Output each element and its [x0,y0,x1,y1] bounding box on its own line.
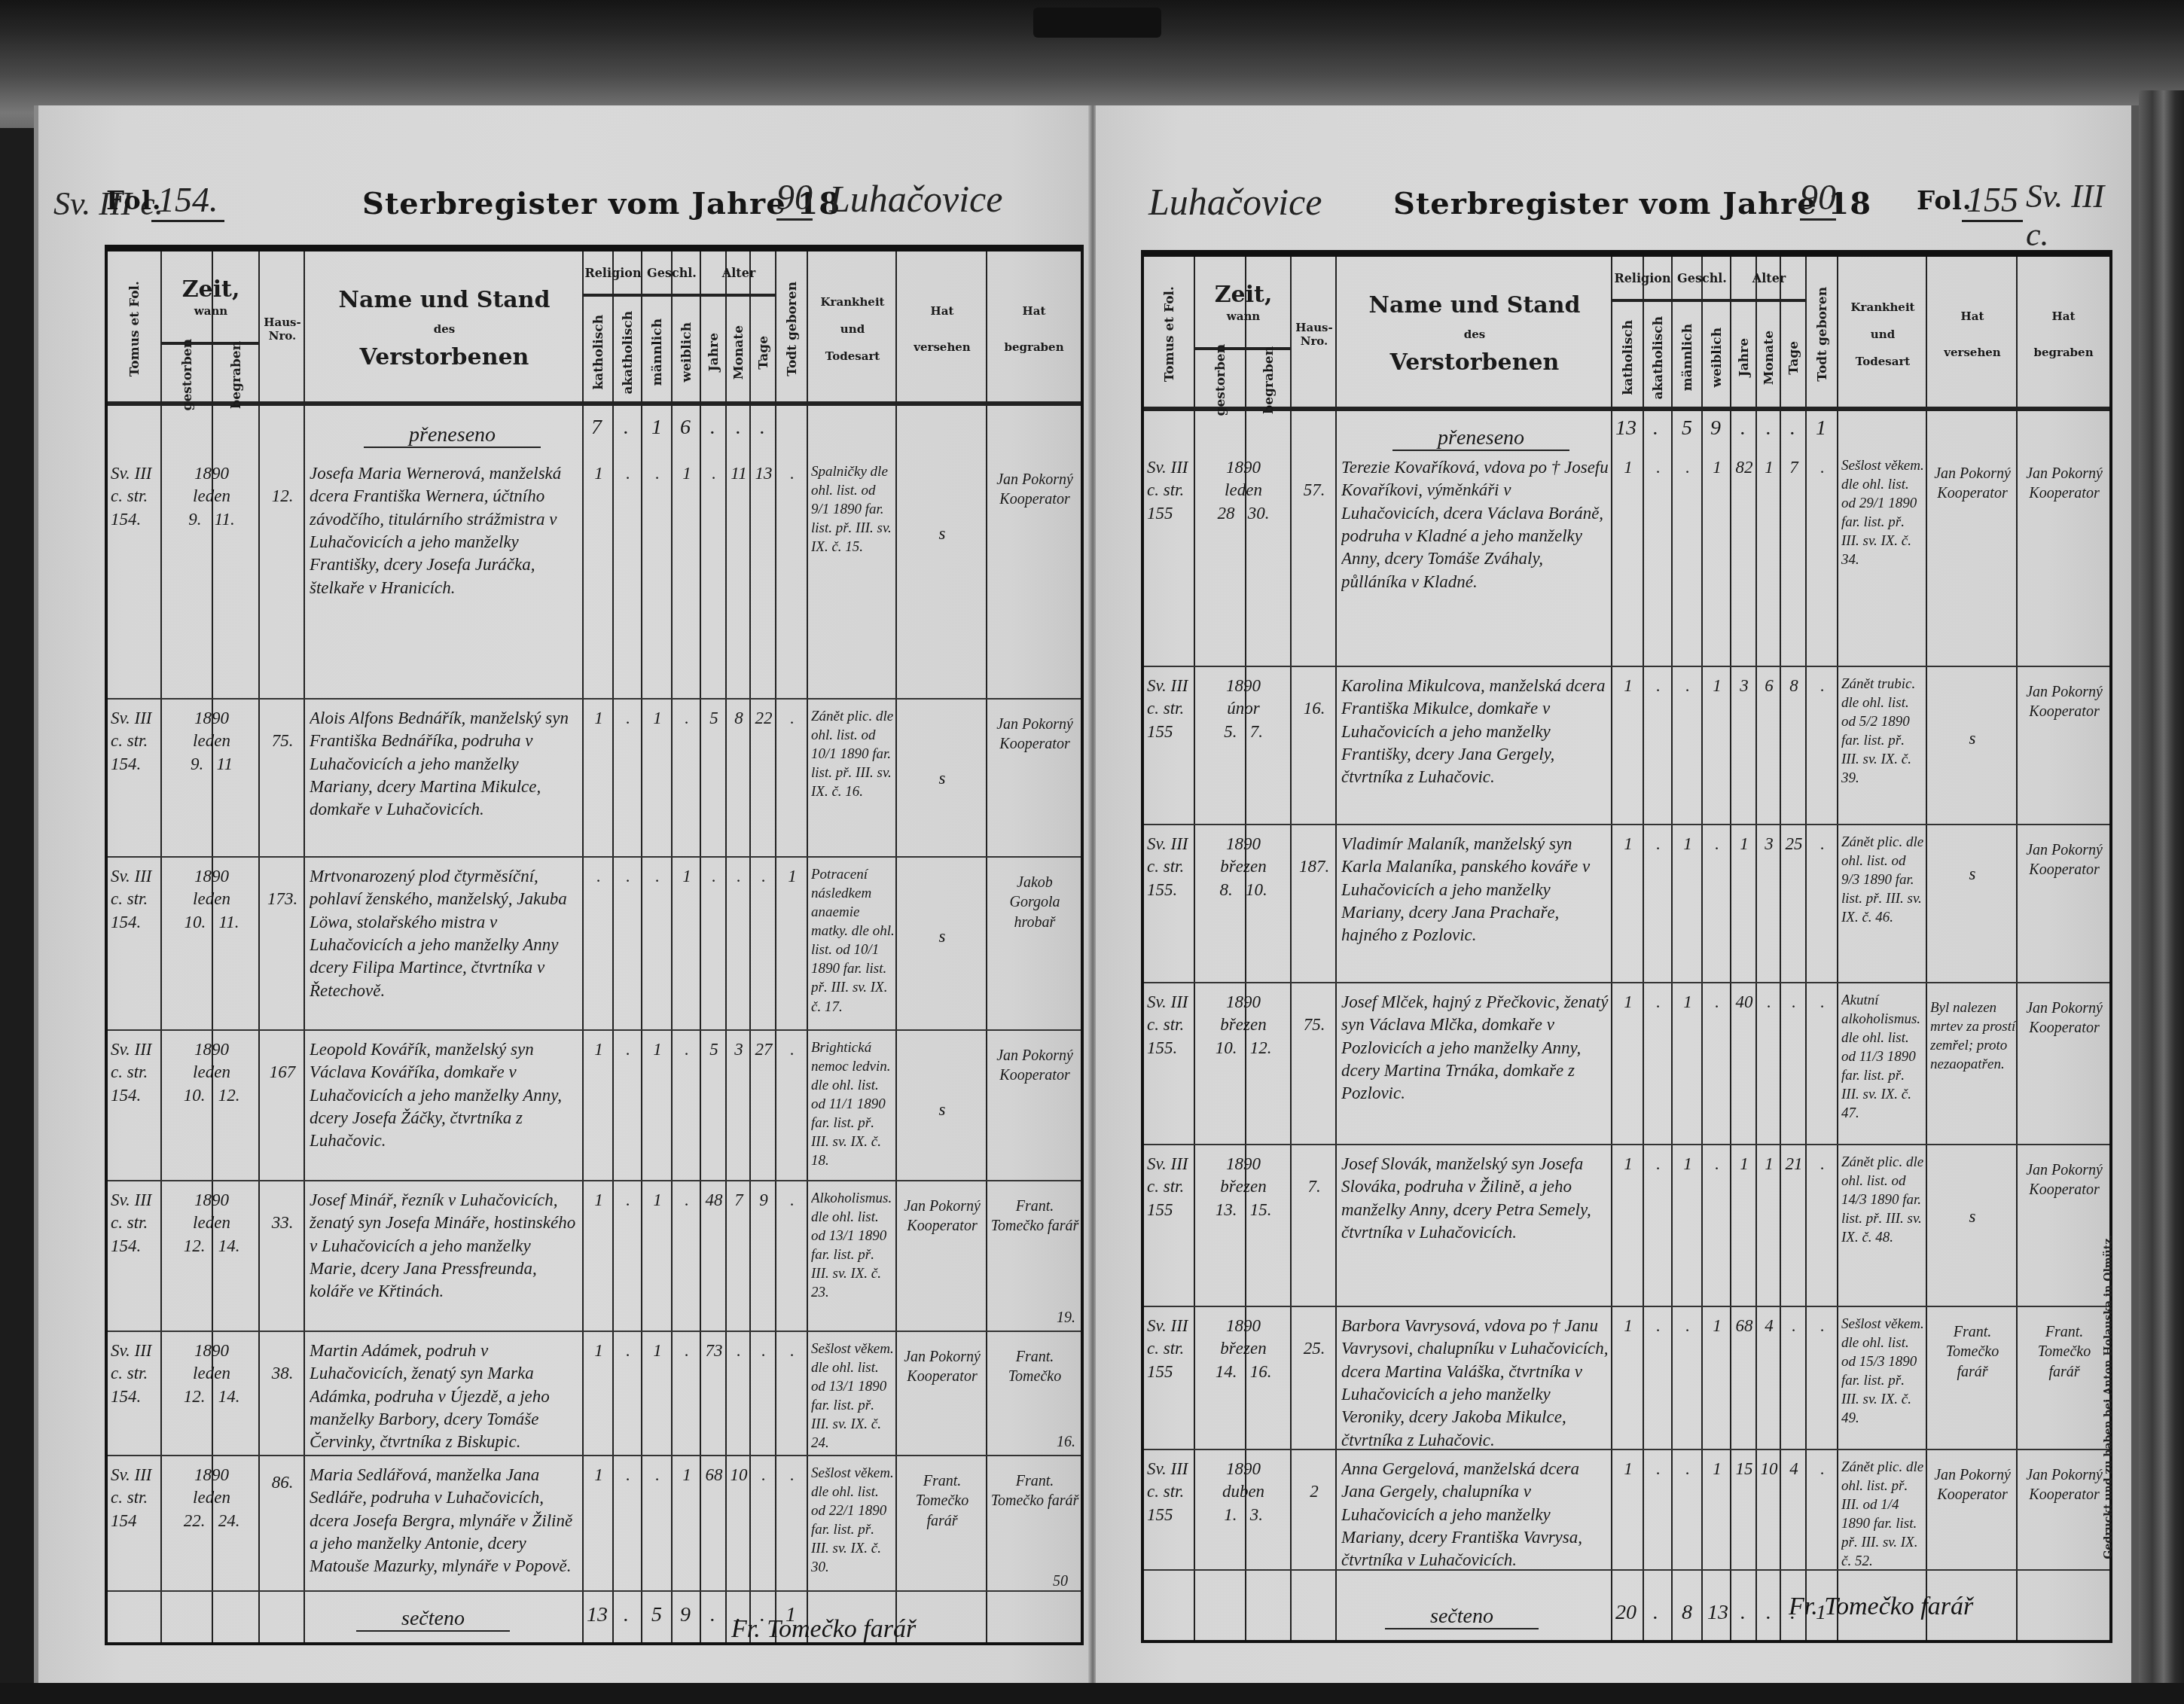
header-begraben: begraben [1004,340,1063,354]
header-jahre: Jahre [1737,338,1752,376]
entry-maennlich: 1 [1674,991,1701,1014]
register-entry: Sv. III c. str. 155 1890únor5. 7. 16. Ka… [1144,667,2109,825]
entry-house-no: 57. [1295,479,1334,501]
header-tomus: Tomus et Fol. [127,281,142,376]
entry-died: 9. [191,754,203,773]
priest-signature: Fr. Tomečko farář [1789,1593,1973,1621]
entry-jahre: 1 [1733,1153,1755,1175]
entry-maennlich: . [1674,1315,1701,1337]
header-maennlich: männlich [650,319,665,386]
carried-weiblich: 6 [680,416,691,440]
entry-house-no: 16. [1295,697,1334,720]
entry-monate: . [728,1340,749,1362]
header-begraben: begraben [2033,346,2093,359]
sum-maennlich: 5 [651,1603,662,1627]
entry-month: leden [193,889,230,908]
entry-tomus: Sv. III c. str. 155 [1147,675,1192,743]
entry-buried: 11. [218,913,239,931]
entry-katholisch: 1 [585,1189,612,1212]
sum-akatholisch: . [624,1603,629,1627]
entry-year: 1890 [194,1190,229,1209]
entry-died: 10. [184,913,206,931]
entry-name-stand: Leopold Kovářík, manželský syn Václava K… [310,1038,581,1153]
table-header: Tomus et Fol. Zeit, wann gestorben begra… [108,251,1081,406]
entry-tage: . [752,1464,775,1486]
entry-month: duben [1222,1482,1264,1501]
entry-akatholisch: . [615,1189,641,1212]
entry-katholisch: 1 [1614,456,1643,479]
entry-versehen: s [1930,1206,2015,1228]
entry-krankheit: Zánět plic. dle ohl. list. od 14/3 1890 … [1841,1153,1926,1247]
entry-krankheit: Sešlost věkem. dle ohl. list. od 22/1 18… [811,1464,895,1577]
entry-versehen: s [900,767,984,790]
carried-tage: . [760,416,765,440]
header-hat: Hat [931,304,954,318]
entry-krankheit: Potracení následkem anaemie matky. dle o… [811,865,895,1017]
header-versehen: versehen [1944,346,2001,359]
header-des: des [1464,328,1485,341]
header-todesart: Todesart [1856,355,1910,368]
entry-tomus: Sv. III c. str. 155. [1147,833,1192,901]
entry-weiblich: 1 [1704,1458,1730,1480]
entry-month: březen [1220,1177,1266,1196]
entry-begraben: Jan Pokorný Kooperator [2021,998,2108,1038]
entry-monate: 8 [728,707,749,730]
table-header: Tomus et Fol. Zeit, wann gestorben begra… [1144,257,2109,411]
entry-katholisch: 1 [1614,991,1643,1014]
entry-weiblich: . [1704,1153,1730,1175]
header-gestorben: gestorben [180,339,195,410]
entry-todt-geboren: . [1808,833,1837,855]
entry-akatholisch: . [615,707,641,730]
carried-akatholisch: . [624,416,629,440]
register-entry: Sv. III c. str. 155 1890březen14. 16. 25… [1144,1307,2109,1450]
entry-tomus: Sv. III c. str. 154. [111,1038,159,1107]
entry-tomus: Sv. III c. str. 155 [1147,1458,1192,1526]
entry-died: 14. [1216,1362,1237,1381]
register-entry: Sv. III c. str. 155. 1890březen10. 12. 7… [1144,983,2109,1145]
entry-akatholisch: . [615,1464,641,1486]
header-hat: Hat [1961,309,1984,323]
entry-weiblich: 1 [1704,675,1730,697]
entry-year: 1890 [1226,834,1261,853]
right-page-header: Luhačovice Sterbregister vom Jahre 18 90… [1096,177,2131,237]
entry-buried: 3. [1250,1505,1263,1524]
header-tage: Tage [1786,341,1801,375]
entry-house-no: 25. [1295,1337,1334,1360]
entry-monate: . [728,865,749,888]
entry-weiblich: . [674,1189,700,1212]
entry-month: březen [1220,1015,1266,1034]
entry-month: leden [193,1062,230,1081]
entry-monate: 4 [1758,1315,1780,1337]
header-hat-2: Hat [1023,304,1046,318]
year-handwritten: 90 [776,177,813,221]
entry-versehen: Jan Pokorný Kooperator [900,1196,984,1236]
sum-katholisch: 20 [1615,1601,1636,1625]
entry-weiblich: . [674,1038,700,1061]
place-name: Luhačovice [1148,180,1322,224]
header-zeit: Zeit, [1215,281,1273,309]
header-verstorbenen: Verstorbenen [1390,349,1560,377]
binding-clip [1033,8,1161,38]
entry-year: 1890 [1226,992,1261,1011]
sum-monate: . [1766,1601,1771,1625]
entry-monate: . [1758,991,1780,1014]
entry-todt-geboren: . [1808,1315,1837,1337]
entry-akatholisch: . [615,865,641,888]
carried-jahre: . [710,416,715,440]
entry-katholisch: 1 [585,1464,612,1486]
entry-name-stand: Karolina Mikulcova, manželská dcera Fran… [1341,675,1609,789]
entry-jahre: 5 [703,707,725,730]
register-entry: Sv. III c. str. 154. 1890leden10. 12. 16… [108,1031,1081,1181]
header-akatholisch: akatholisch [621,311,636,395]
entry-buried: 14. [218,1236,240,1255]
entry-jahre: . [703,462,725,485]
entry-monate: 3 [728,1038,749,1061]
book-right-edge [2139,90,2184,1704]
entry-krankheit: Zánět plic. dle ohl. list. od 9/3 1890 f… [1841,833,1926,927]
entry-tage: . [752,1340,775,1362]
sum-akatholisch: . [1653,1601,1658,1625]
entry-house-no: 167 [263,1061,302,1084]
entry-tage: 7 [1783,456,1805,479]
entry-monate: 1 [1758,1153,1780,1175]
entry-year: 1890 [194,867,229,886]
entry-akatholisch: . [1646,1315,1671,1337]
entry-year: 1890 [194,464,229,483]
header-zeit: Zeit, [182,276,240,304]
entry-begraben: Jan Pokorný Kooperator [2021,840,2108,880]
entry-weiblich: . [674,707,700,730]
entry-krankheit: Zánět trubic. dle ohl. list. od 5/2 1890… [1841,675,1926,788]
entry-name-stand: Vladimír Malaník, manželský syn Karla Ma… [1341,833,1609,947]
entry-krankheit: Brightická nemoc ledvin. dle ohl. list. … [811,1038,895,1171]
entry-buried: 14. [218,1387,240,1406]
register-entry: Sv. III c. str. 154. 1890leden10. 11. 17… [108,858,1081,1031]
header-akatholisch: akatholisch [1651,316,1666,400]
header-alter: Alter [1731,257,1807,302]
entry-maennlich: . [644,462,671,485]
header-krankheit: Krankheit [820,295,884,309]
entry-month: leden [193,1213,230,1232]
entry-maennlich: . [1674,456,1701,479]
sum-jahre: . [710,1603,715,1627]
entry-died: 12. [184,1236,206,1255]
entry-maennlich: 1 [644,1038,671,1061]
entry-jahre: 1 [1733,833,1755,855]
entry-monate: 11 [728,462,749,485]
register-entry: Sv. III c. str. 155 1890březen13. 15. 7.… [1144,1145,2109,1307]
entry-versehen: Jan Pokorný Kooperator [1930,1465,2015,1505]
entry-died: 9. [188,510,201,529]
entry-katholisch: 1 [585,707,612,730]
entry-monate: 7 [728,1189,749,1212]
entry-year: 1890 [1226,1154,1261,1173]
header-gestorben: gestorben [1213,344,1228,416]
entry-maennlich: 1 [644,1340,671,1362]
header-geschlecht: Geschl. [642,251,701,297]
entry-died: 10. [1216,1038,1237,1057]
entry-versehen: Frant. Tomečko farář [900,1471,984,1531]
entry-katholisch: . [585,865,612,888]
entry-todt-geboren: . [1808,456,1837,479]
entry-katholisch: 1 [1614,675,1643,697]
sum-weiblich: 9 [680,1603,691,1627]
left-page-header: Sv. III c. Fol. 154. Sterbregister vom J… [38,177,1096,237]
entry-house-no: 75. [1295,1014,1334,1036]
entry-tomus: Sv. III c. str. 154. [111,865,159,934]
header-versehen: versehen [914,340,971,354]
entry-tage: . [1783,1315,1805,1337]
entry-name-stand: Alois Alfons Bednářík, manželský syn Fra… [310,707,581,822]
register-entry: Sv. III c. str. 154 1890leden22. 24. 86.… [108,1456,1081,1592]
entry-jahre: 15 [1733,1458,1755,1480]
entry-jahre: 3 [1733,675,1755,697]
entry-jahre: 40 [1733,991,1755,1014]
entry-todt-geboren: 1 [778,865,807,888]
entry-name-stand: Martin Adámek, podruh v Luhačovicích, že… [310,1340,581,1454]
entry-tomus: Sv. III c. str. 154 [111,1464,159,1532]
entry-todt-geboren: . [1808,1458,1837,1480]
register-entry: Sv. III c. str. 155 1890duben1. 3. 2 Ann… [1144,1450,2109,1571]
entry-maennlich: . [644,865,671,888]
entry-month: leden [1225,480,1262,499]
entry-katholisch: 1 [1614,833,1643,855]
carried-akatholisch: . [1653,416,1658,440]
entry-versehen: s [900,925,984,948]
header-tage: Tage [756,336,771,370]
entry-maennlich: . [1674,1458,1701,1480]
entry-todt-geboren: . [778,1464,807,1486]
header-religion: Religion [1612,257,1673,302]
header-name-stand: Name und Stand [339,286,551,315]
entry-died: 28 [1218,504,1235,523]
entry-tomus: Sv. III c. str. 155 [1147,456,1192,525]
register-entry: Sv. III c. str. 155 1890leden28 30. 57. … [1144,449,2109,667]
entry-jahre: 68 [1733,1315,1755,1337]
entry-died: 22. [184,1511,206,1530]
entry-month: leden [193,1488,230,1507]
entry-todt-geboren: . [778,1189,807,1212]
entry-buried: 12. [218,1086,240,1105]
header-und: und [840,322,865,336]
entry-name-stand: Maria Sedlářová, manželka Jana Sedláře, … [310,1464,581,1578]
header-nro: Nro. [269,329,297,343]
entry-year: 1890 [1226,458,1261,477]
entry-buried: 24. [218,1511,240,1530]
year-handwritten: 90 [1800,177,1836,221]
entry-krankheit: Sešlost věkem. dle ohl. list. od 13/1 18… [811,1340,895,1453]
entry-tage: 25 [1783,833,1805,855]
carried-forward-label: přeneseno [364,423,541,448]
register-title: Sterbregister vom Jahre 18 [362,186,840,221]
entry-versehen: Frant. Tomečko farář [1930,1322,2015,1382]
header-monate: Monate [1762,331,1777,385]
entry-tomus: Sv. III c. str. 154. [111,462,159,531]
carried-todt-geboren: 1 [1816,416,1826,440]
entry-tage: 9 [752,1189,775,1212]
folio-number: 154. [151,180,224,222]
carried-maennlich: 1 [651,416,662,440]
entry-versehen: Jan Pokorný Kooperator [1930,464,2015,504]
header-begraben-date: begraben [1261,346,1277,414]
entry-weiblich: . [1704,991,1730,1014]
carried-katholisch: 13 [1615,416,1636,440]
entry-katholisch: 1 [585,1038,612,1061]
header-todt-geboren: Todt geboren [1815,287,1830,382]
carried-monate: . [1766,416,1771,440]
header-jahre: Jahre [706,333,721,371]
priest-signature: Fr. Tomečko farář [731,1615,916,1644]
entry-house-no: 38. [263,1362,302,1385]
entry-tage: . [752,865,775,888]
entry-tomus: Sv. III c. str. 154. [111,1340,159,1408]
entry-begraben: Frant. Tomečko [990,1347,1079,1387]
entry-akatholisch: . [1646,833,1671,855]
entry-tage: 22 [752,707,775,730]
tomus-reference: Sv. III c. [2026,177,2131,254]
entry-monate: 6 [1758,675,1780,697]
entry-house-no: 7. [1295,1175,1334,1198]
header-todt-geboren: Todt geboren [785,282,800,376]
header-hat-2: Hat [2052,309,2076,323]
carried-katholisch: 7 [591,416,602,440]
header-verstorbenen: Verstorbenen [360,343,529,372]
entry-jahre: 68 [703,1464,725,1486]
entry-month: únor [1227,699,1259,718]
carried-weiblich: 9 [1710,416,1721,440]
entry-katholisch: 1 [585,462,612,485]
entry-name-stand: Josef Slovák, manželský syn Josefa Slová… [1341,1153,1609,1244]
register-entry: Sv. III c. str. 154. 1890leden12. 14. 33… [108,1181,1081,1332]
header-religion: Religion [584,251,642,297]
entry-monate: 10 [1758,1458,1780,1480]
entry-versehen: s [900,1099,984,1121]
register-table-right: Tomus et Fol. Zeit, wann gestorben begra… [1141,250,2112,1643]
header-und: und [1871,328,1895,341]
entry-krankheit: Zánět plic. dle ohl. list. od 10/1 1890 … [811,707,895,801]
entry-begraben: Jan Pokorný Kooperator [990,1046,1079,1086]
entry-akatholisch: . [1646,675,1671,697]
entry-todt-geboren: . [1808,991,1837,1014]
entry-jahre: 5 [703,1038,725,1061]
entry-krankheit: Akutní alkoholismus. dle ohl. list. od 1… [1841,991,1926,1123]
entry-tomus: Sv. III c. str. 154. [111,707,159,776]
entry-monate: 10 [728,1464,749,1486]
carried-jahre: . [1740,416,1746,440]
carried-monate: . [736,416,741,440]
register-entry: Sv. III c. str. 154. 1890leden9. 11. 12.… [108,455,1081,700]
header-weiblich: weiblich [679,322,694,382]
header-maennlich: männlich [1680,324,1695,391]
entry-akatholisch: . [615,462,641,485]
entry-katholisch: 1 [585,1340,612,1362]
entry-akatholisch: . [1646,991,1671,1014]
entry-akatholisch: . [615,1340,641,1362]
entry-buried: 16. [1250,1362,1272,1381]
entry-todt-geboren: . [778,462,807,485]
header-name-stand: Name und Stand [1369,291,1581,320]
printer-imprint: Gedruckt und zu haben bei Anton Holauska… [2103,1235,2115,1559]
entry-name-stand: Josefa Maria Wernerová, manželská dcera … [310,462,581,599]
entry-katholisch: 1 [1614,1153,1643,1175]
header-tomus: Tomus et Fol. [1162,286,1177,382]
entry-year: 1890 [194,1040,229,1059]
entry-weiblich: . [1704,833,1730,855]
header-wann: wann [1227,309,1260,323]
register-entry: Sv. III c. str. 154. 1890leden9. 11 75. … [108,700,1081,858]
entry-todt-geboren: . [778,1340,807,1362]
sum-weiblich: 13 [1707,1601,1728,1625]
sum-jahre: . [1740,1601,1746,1625]
carried-forward-label: přeneseno [1392,426,1569,451]
entry-died: 12. [184,1387,206,1406]
entry-begraben: Jan Pokorný Kooperator [2021,1465,2108,1505]
entry-krankheit: Sešlost věkem. dle ohl. list. od 29/1 18… [1841,456,1926,569]
left-page: Sv. III c. Fol. 154. Sterbregister vom J… [34,105,1096,1683]
entry-jahre: 82 [1733,456,1755,479]
header-wann: wann [194,304,227,318]
entry-year: 1890 [1226,1316,1261,1335]
entry-versehen: s [900,523,984,545]
entry-name-stand: Anna Gergelová, manželská dcera Jana Ger… [1341,1458,1609,1572]
entry-krankheit: Alkoholismus. dle ohl. list. od 13/1 189… [811,1189,895,1302]
entry-name-stand: Barbora Vavrysová, vdova po † Janu Vavry… [1341,1315,1609,1452]
entry-maennlich: 1 [1674,1153,1701,1175]
entry-buried: 7. [1250,722,1263,741]
entry-jahre: 48 [703,1189,725,1212]
entry-died: 10. [184,1086,206,1105]
margin-note: 19. [1057,1309,1075,1327]
header-monate: Monate [731,325,746,380]
register-table-left: Tomus et Fol. Zeit, wann gestorben begra… [105,245,1084,1645]
entry-name-stand: Terezie Kovaříková, vdova po † Josefu Ko… [1341,456,1609,593]
entry-tomus: Sv. III c. str. 155. [1147,991,1192,1059]
header-todesart: Todesart [825,349,880,363]
header-haus: Haus- [264,315,300,329]
entry-maennlich: . [644,1464,671,1486]
entry-died: 5. [1224,722,1237,741]
entry-versehen: s [1930,727,2015,750]
entry-month: březen [1220,1339,1266,1358]
sum-label: sečteno [356,1607,510,1632]
header-nro: Nro. [1301,334,1328,348]
book-bottom-edge [0,1683,2184,1704]
entry-maennlich: . [1674,675,1701,697]
entry-buried: 11 [217,754,233,773]
entry-year: 1890 [1226,676,1261,695]
entry-versehen: Jan Pokorný Kooperator [900,1347,984,1387]
entry-year: 1890 [1226,1459,1261,1478]
entry-begraben: Frant. Tomečko farář [990,1471,1079,1511]
sum-katholisch: 13 [587,1603,608,1627]
entry-todt-geboren: . [778,1038,807,1061]
entry-maennlich: 1 [1674,833,1701,855]
entry-year: 1890 [194,1465,229,1484]
entry-begraben: Jan Pokorný Kooperator [2021,464,2108,504]
entry-begraben: Jakob Gorgola hrobař [990,873,1079,932]
entry-weiblich: 1 [1704,1315,1730,1337]
margin-note: 16. [1057,1434,1075,1451]
header-geschlecht: Geschl. [1673,257,1731,302]
entry-begraben: Jan Pokorný Kooperator [990,715,1079,754]
header-katholisch: katholisch [591,315,606,390]
place-name: Luhačovice [829,177,1002,221]
entry-akatholisch: . [1646,456,1671,479]
entry-year: 1890 [194,709,229,727]
